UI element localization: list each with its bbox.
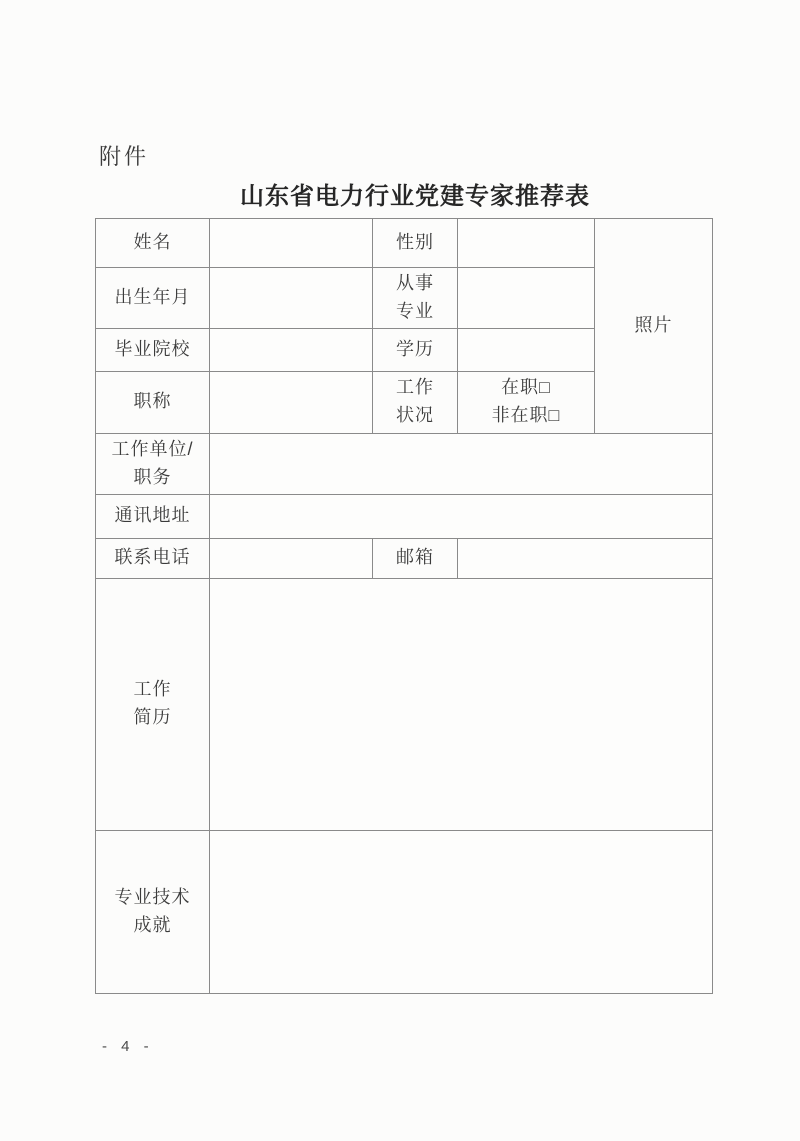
scanned-document-page: 附件 山东省电力行业党建专家推荐表 姓名 性别 照片 出生年月 从事 专业 (0, 0, 800, 1141)
job-title-label: 职称 (96, 371, 210, 433)
page-number: - 4 - (102, 1038, 154, 1055)
row-work-unit: 工作单位/ 职务 (96, 433, 713, 494)
resume-value-cell (210, 578, 713, 830)
row-phone-email: 联系电话 邮箱 (96, 538, 713, 578)
email-label: 邮箱 (373, 538, 458, 578)
work-unit-label: 工作单位/ 职务 (96, 433, 210, 494)
work-status-label: 工作 状况 (373, 371, 458, 433)
address-label: 通讯地址 (96, 494, 210, 538)
work-status-options-cell: 在职□ 非在职□ (458, 371, 595, 433)
name-label: 姓名 (96, 219, 210, 268)
profession-value-cell (458, 268, 595, 329)
school-label: 毕业院校 (96, 328, 210, 371)
education-value-cell (458, 328, 595, 371)
row-address: 通讯地址 (96, 494, 713, 538)
row-name-gender: 姓名 性别 照片 (96, 219, 713, 268)
phone-label: 联系电话 (96, 538, 210, 578)
gender-label: 性别 (373, 219, 458, 268)
name-value-cell (210, 219, 373, 268)
profession-label: 从事 专业 (373, 268, 458, 329)
phone-value-cell (210, 538, 373, 578)
school-value-cell (210, 328, 373, 371)
email-value-cell (458, 538, 713, 578)
attachment-label: 附件 (99, 140, 149, 171)
achievements-value-cell (210, 830, 713, 993)
photo-cell: 照片 (595, 219, 713, 434)
birth-date-label: 出生年月 (96, 268, 210, 329)
work-unit-value-cell (210, 433, 713, 494)
form-title: 山东省电力行业党建专家推荐表 (30, 184, 800, 210)
row-achievements: 专业技术 成就 (96, 830, 713, 993)
education-label: 学历 (373, 328, 458, 371)
row-resume: 工作 简历 (96, 578, 713, 830)
resume-label: 工作 简历 (96, 578, 210, 830)
achievements-label: 专业技术 成就 (96, 830, 210, 993)
recommendation-form-table: 姓名 性别 照片 出生年月 从事 专业 毕业院校 学历 职称 (95, 218, 713, 994)
address-value-cell (210, 494, 713, 538)
gender-value-cell (458, 219, 595, 268)
job-title-value-cell (210, 371, 373, 433)
birth-date-value-cell (210, 268, 373, 329)
